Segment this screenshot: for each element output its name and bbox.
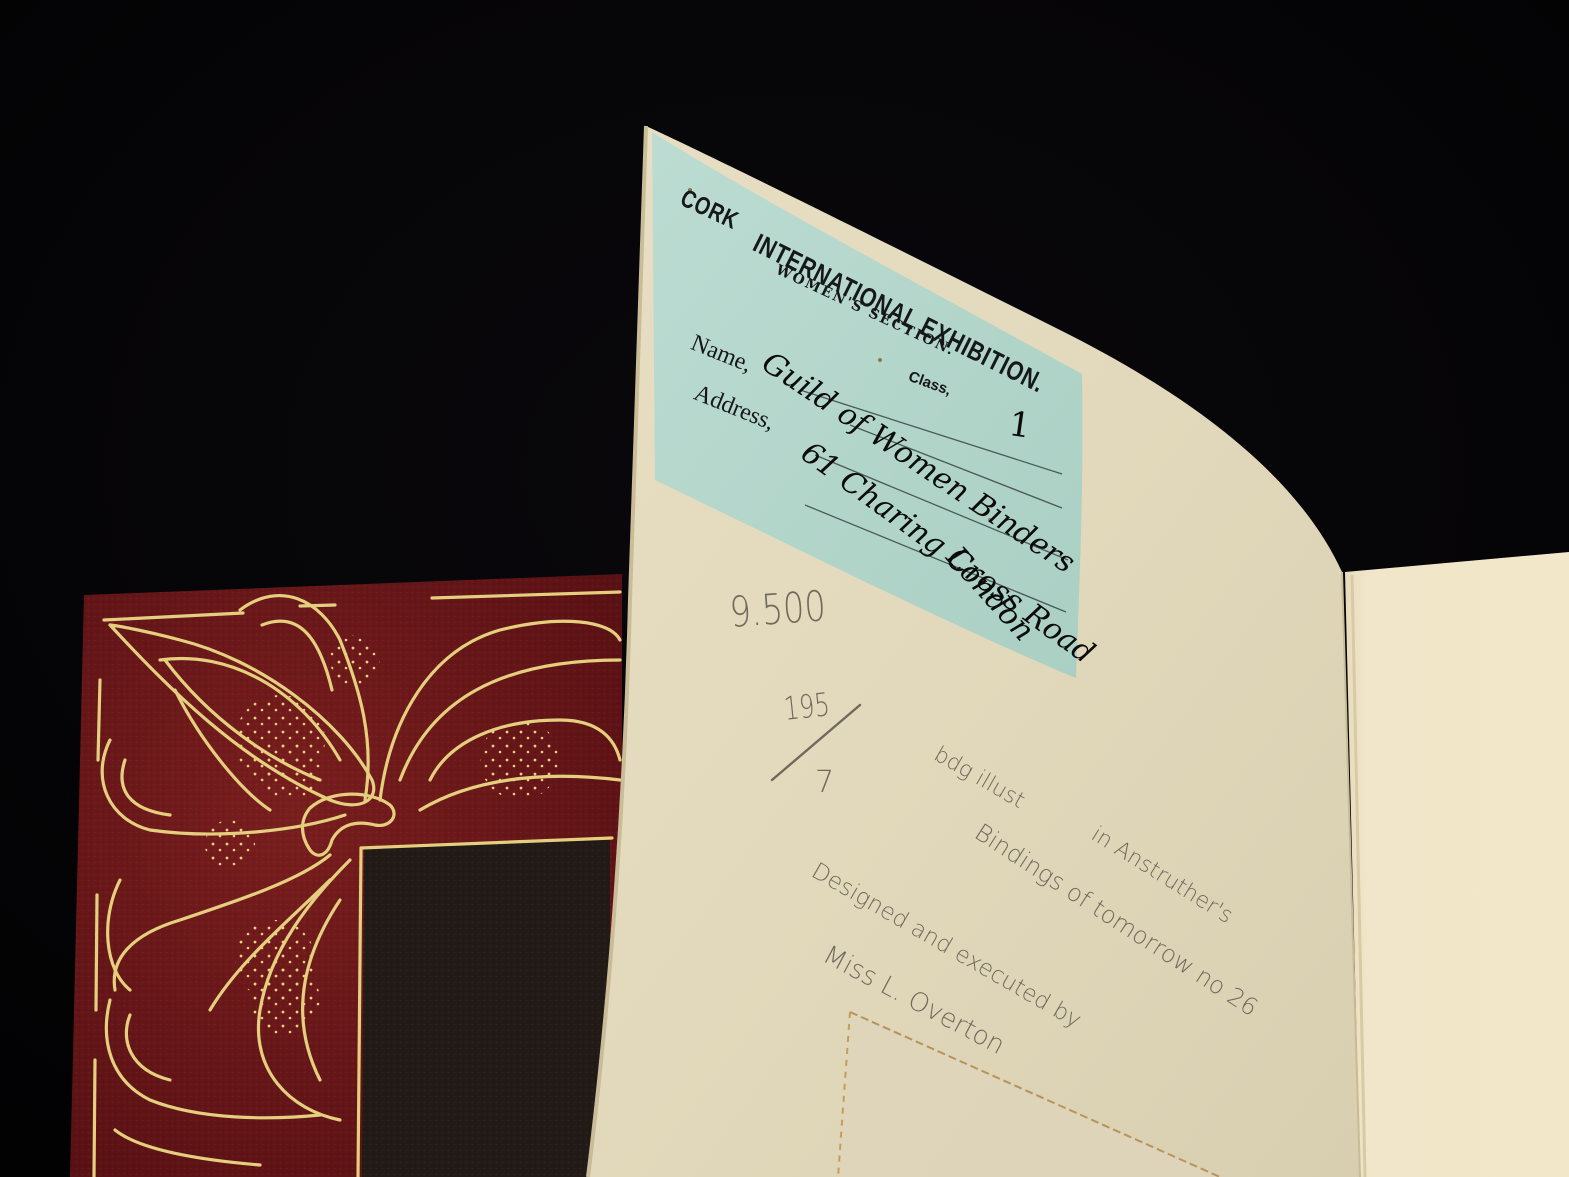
book-photograph xyxy=(0,0,1569,1177)
red-binding-board xyxy=(70,574,622,1177)
right-page xyxy=(1345,552,1569,1177)
